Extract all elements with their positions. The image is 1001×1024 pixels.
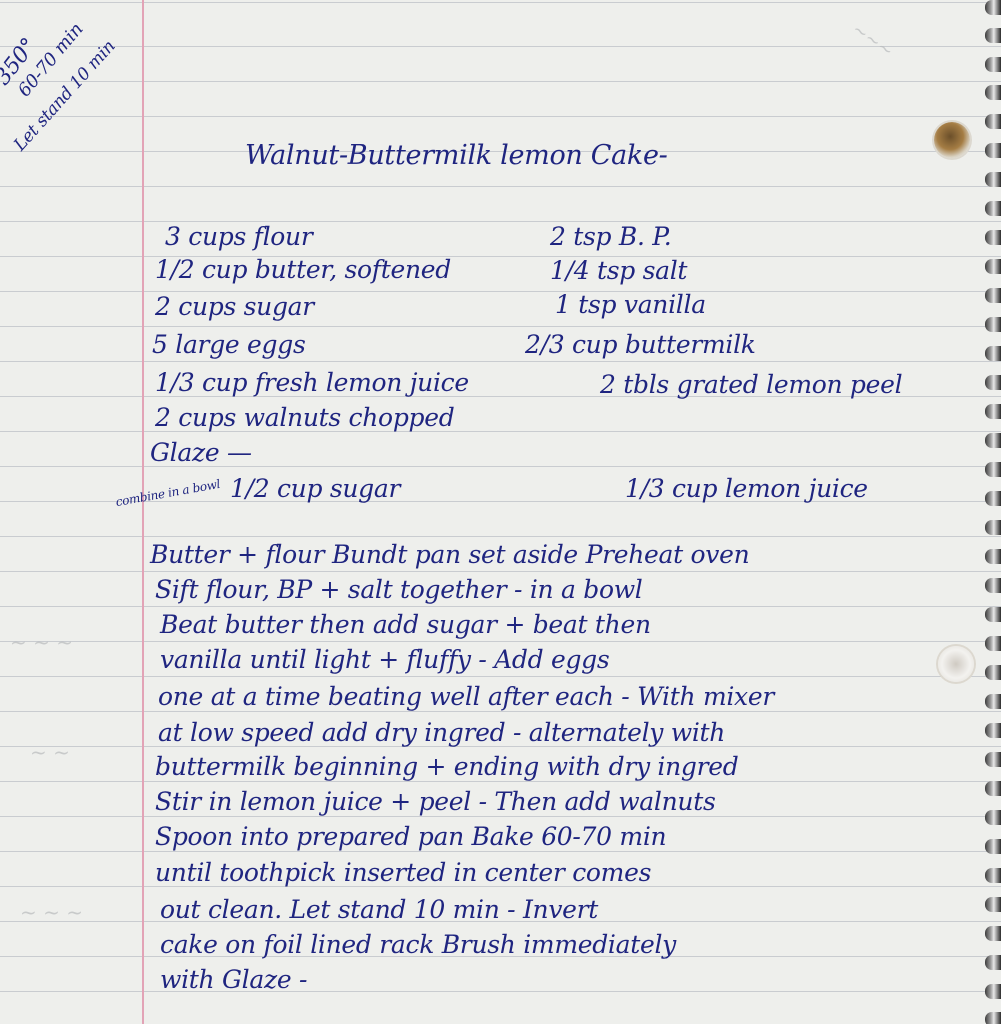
direction-line: out clean. Let stand 10 min - Invert (160, 895, 598, 924)
ingredient-right: 2 tsp B. P. (550, 222, 671, 251)
faint-bleedthrough: ~ ~ ~ (20, 900, 83, 924)
spiral-coil (985, 520, 1001, 535)
direction-line: until toothpick inserted in center comes (155, 858, 651, 887)
ingredient-right: 2 tbls grated lemon peel (600, 370, 902, 399)
spiral-coil (985, 28, 1001, 43)
direction-line: Butter + flour Bundt pan set aside Prehe… (150, 540, 749, 569)
spiral-coil (985, 549, 1001, 564)
spiral-coil (985, 984, 1001, 999)
ingredient-left: 5 large eggs (152, 330, 305, 359)
spiral-coil (985, 433, 1001, 448)
direction-line: at low speed add dry ingred - alternatel… (158, 718, 725, 747)
direction-line: vanilla until light + fluffy - Add eggs (160, 645, 609, 674)
spiral-coil (985, 288, 1001, 303)
spiral-coil (985, 259, 1001, 274)
faint-bleedthrough: ~ ~ (30, 740, 70, 764)
spiral-coil (985, 172, 1001, 187)
direction-line: buttermilk beginning + ending with dry i… (155, 752, 739, 781)
recipe-title: Walnut-Buttermilk lemon Cake- (245, 140, 667, 171)
glaze-item: 1/3 cup lemon juice (625, 474, 868, 503)
glaze-note: combine in a bowl (115, 477, 222, 509)
spiral-coil (985, 839, 1001, 854)
ingredient-left: 1/3 cup fresh lemon juice (155, 368, 469, 397)
spiral-coil (985, 85, 1001, 100)
glaze-heading: Glaze — (150, 438, 252, 467)
spiral-coil (985, 491, 1001, 506)
direction-line: cake on foil lined rack Brush immediatel… (160, 930, 676, 959)
notebook-page: ~~~ ~ ~ ~ ~ ~ ~ ~ ~ 350° 60-70 min Let s… (0, 0, 1001, 1024)
glaze-item: 1/2 cup sugar (230, 474, 400, 503)
spiral-coil (985, 375, 1001, 390)
direction-line: Sift flour, BP + salt together - in a bo… (155, 575, 643, 604)
faint-pencil-scribble: ~~~ (848, 19, 897, 62)
spiral-coil (985, 897, 1001, 912)
spiral-coil (985, 926, 1001, 941)
spiral-coil (985, 955, 1001, 970)
spiral-coil (985, 346, 1001, 361)
spiral-coil (985, 694, 1001, 709)
ingredient-left: 3 cups flour (165, 222, 313, 251)
direction-line: Beat butter then add sugar + beat then (160, 610, 651, 639)
spiral-coil (985, 143, 1001, 158)
faint-bleedthrough: ~ ~ ~ (10, 630, 73, 654)
spiral-coil (985, 636, 1001, 651)
direction-line: Spoon into prepared pan Bake 60-70 min (155, 822, 666, 851)
ingredient-left: 2 cups sugar (155, 292, 314, 321)
spiral-coil (985, 752, 1001, 767)
direction-line: Stir in lemon juice + peel - Then add wa… (155, 787, 715, 816)
spiral-coil (985, 1012, 1001, 1024)
margin-line (142, 0, 144, 1024)
ingredient-left: 2 cups walnuts chopped (155, 403, 454, 432)
ingredient-right: 2/3 cup buttermilk (525, 330, 756, 359)
spiral-coil (985, 201, 1001, 216)
spiral-coil (985, 781, 1001, 796)
spiral-coil (985, 57, 1001, 72)
spiral-coil (985, 230, 1001, 245)
spiral-coil (985, 868, 1001, 883)
torn-binder-hole (938, 646, 974, 682)
ingredient-left: 1/2 cup butter, softened (155, 255, 451, 284)
ingredient-right: 1 tsp vanilla (555, 290, 706, 319)
spiral-coil (985, 404, 1001, 419)
binder-hole (934, 122, 970, 158)
spiral-coil (985, 0, 1001, 15)
direction-line: with Glaze - (160, 965, 307, 994)
spiral-coil (985, 810, 1001, 825)
spiral-coil (985, 723, 1001, 738)
spiral-coil (985, 607, 1001, 622)
spiral-coil (985, 665, 1001, 680)
spiral-coil (985, 317, 1001, 332)
direction-line: one at a time beating well after each - … (158, 682, 774, 711)
spiral-binding (983, 0, 1001, 1024)
spiral-coil (985, 462, 1001, 477)
ingredient-right: 1/4 tsp salt (550, 256, 687, 285)
spiral-coil (985, 114, 1001, 129)
spiral-coil (985, 578, 1001, 593)
